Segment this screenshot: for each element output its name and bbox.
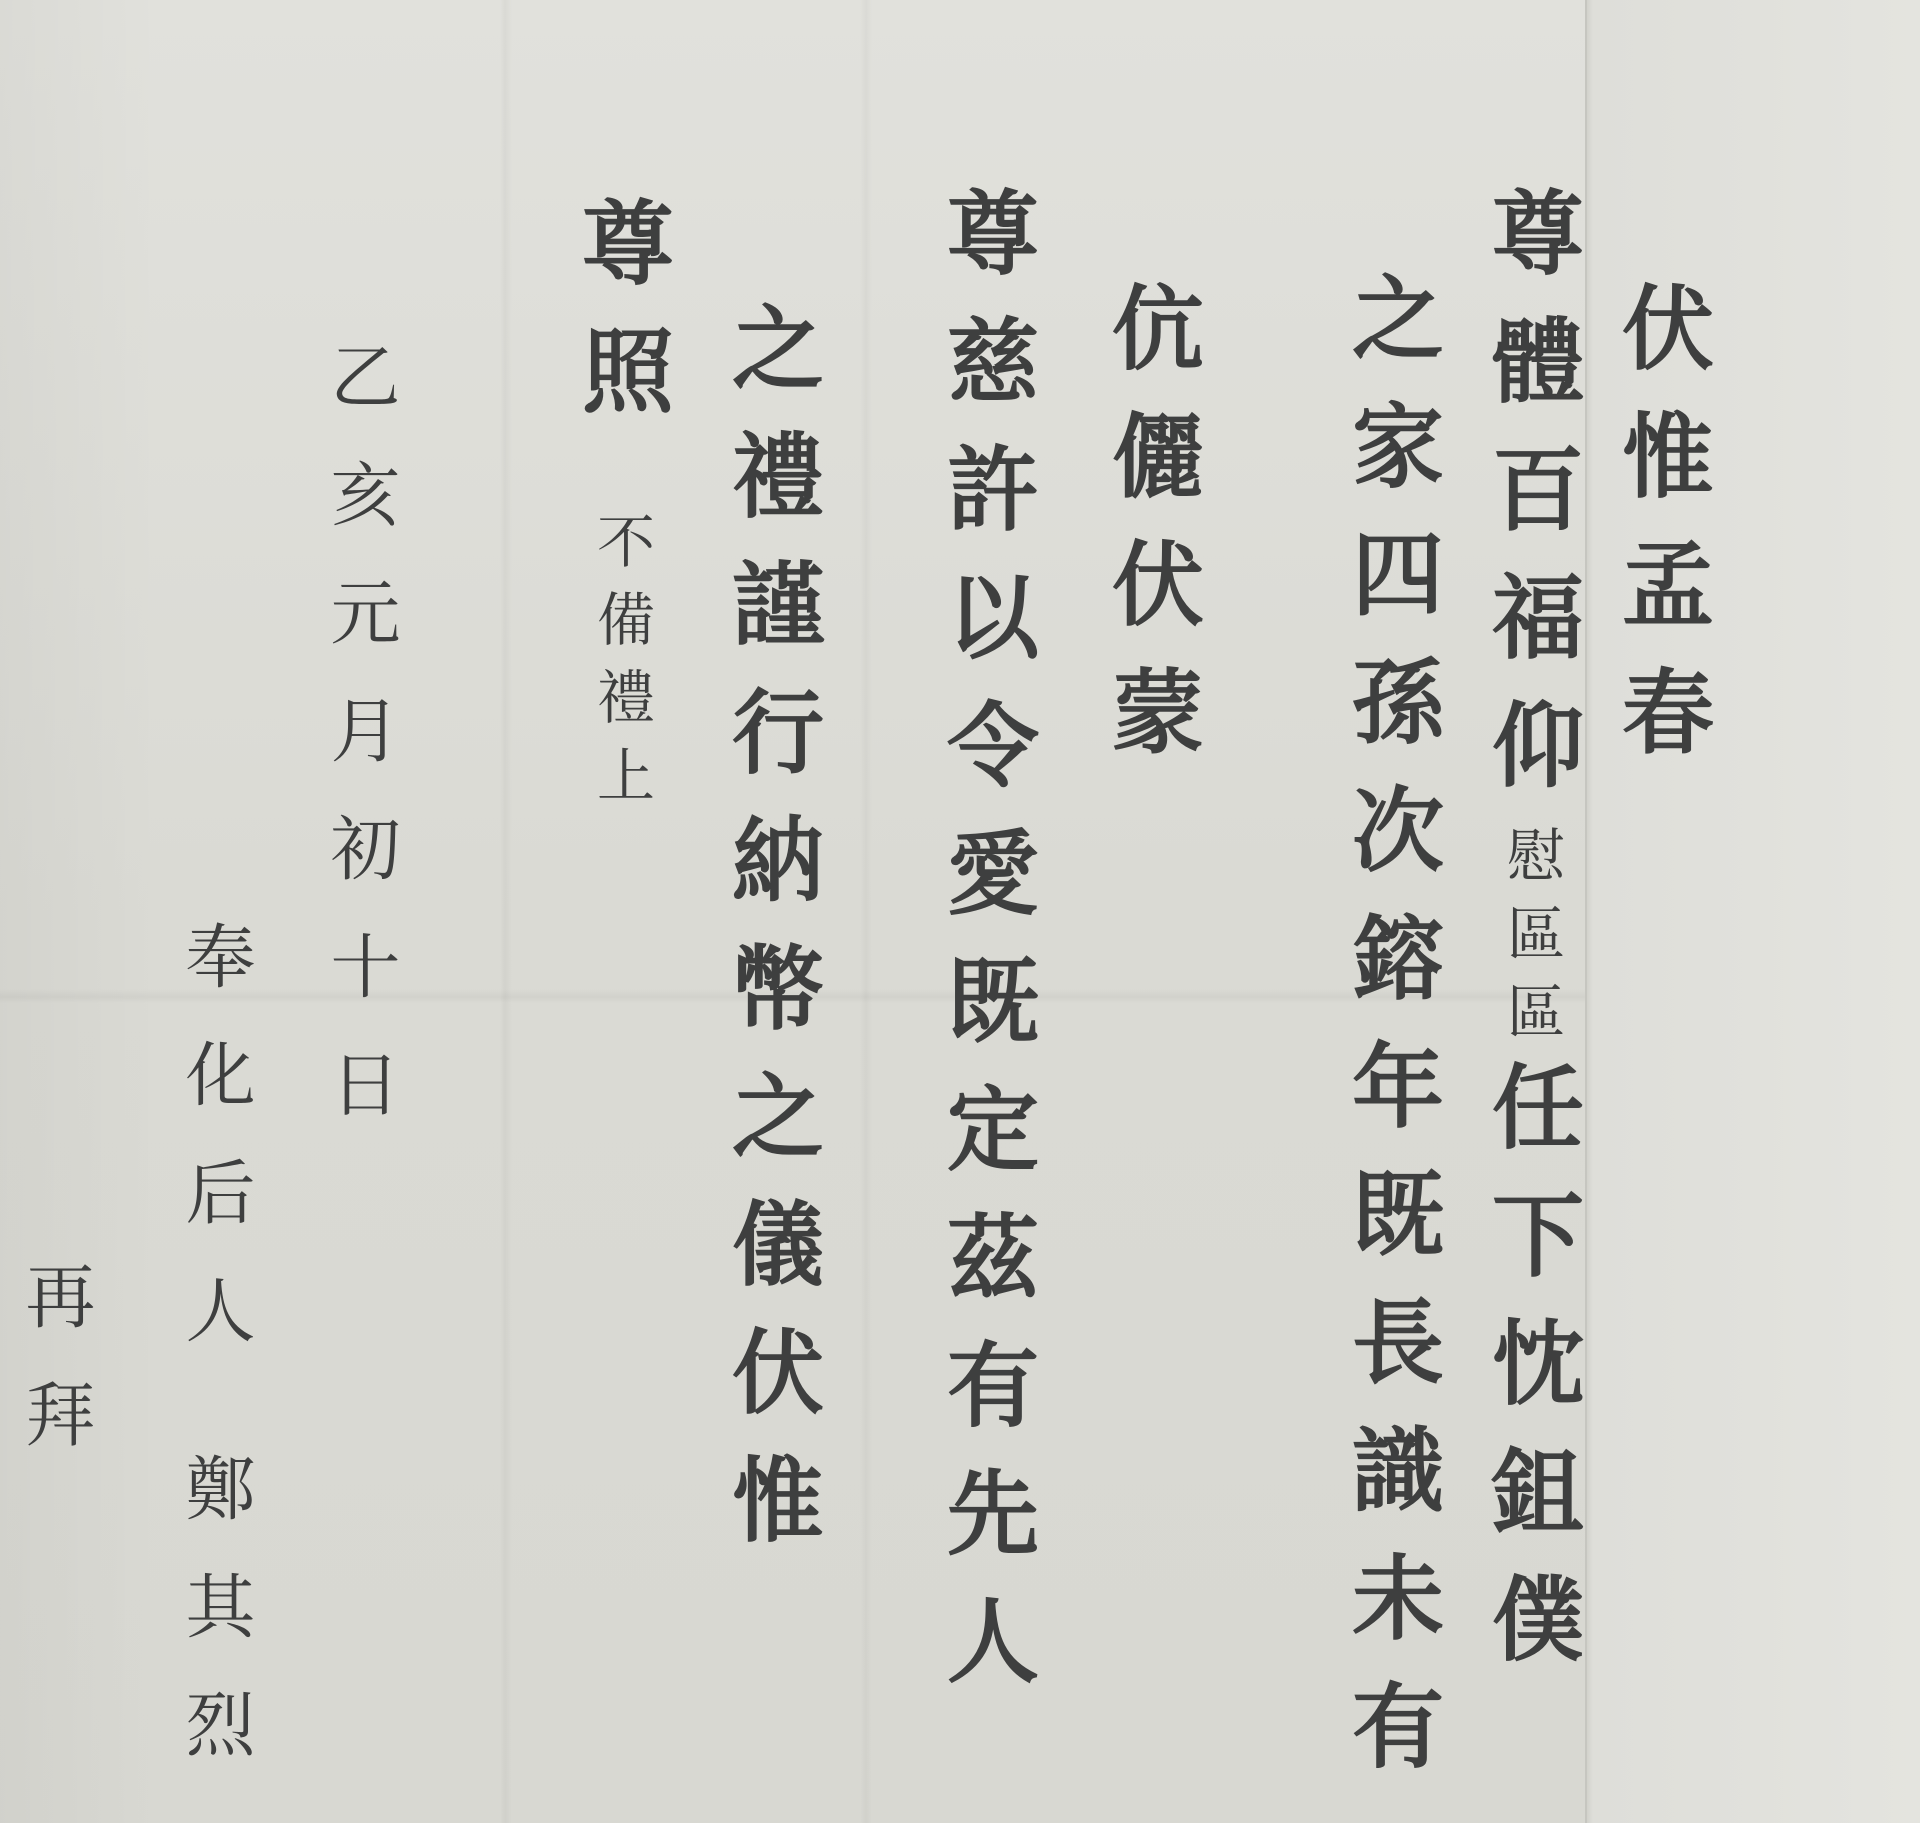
column-text: 納幣之儀伏惟 <box>717 812 825 1580</box>
column-small-text: 慰區區 <box>1497 825 1565 1059</box>
column-text: 任下忱鉏僕 <box>1477 1059 1585 1699</box>
letter-column-1: 伏惟孟春 <box>1615 280 1707 792</box>
signature-column: 奉化后人鄭其烈 <box>180 920 250 1806</box>
letter-column-7: 尊照不備禮上 <box>575 195 667 823</box>
column-text: 之家四孫次鎔年既長識未有 <box>1337 270 1445 1806</box>
column-text: 尊慈許以令愛既定茲有先人 <box>932 185 1040 1721</box>
letter-column-6: 之禮謹行納幣之儀伏惟 <box>725 300 817 1580</box>
date-column: 乙亥元月初十日 <box>325 340 395 1166</box>
column-text: 尊照 <box>567 195 675 451</box>
column-text: 伏惟孟春 <box>1607 280 1715 792</box>
column-text: 之禮謹行 <box>717 300 825 812</box>
column-small-text: 禮上 <box>587 667 655 823</box>
letter-column-3: 之家四孫次鎔年既長識未有 <box>1345 270 1437 1806</box>
letter-column-4: 伉儷伏蒙 <box>1105 280 1197 792</box>
column-text: 尊體百福仰 <box>1477 185 1585 825</box>
origin-text: 奉化后人 <box>174 920 256 1392</box>
signer-name: 鄭其烈 <box>174 1452 256 1806</box>
letter-column-5: 尊慈許以令愛既定茲有先人 <box>940 185 1032 1721</box>
letter-column-2: 尊體百福仰慰區區任下忱鉏僕 <box>1485 185 1577 1699</box>
date-text: 乙亥元月初十日 <box>319 340 401 1166</box>
column-text: 伉儷伏蒙 <box>1097 280 1205 792</box>
closing-column: 再拜 <box>20 1260 90 1496</box>
closing-text: 再拜 <box>14 1260 96 1496</box>
column-small-text: 不備 <box>587 511 655 667</box>
paper-edge <box>1585 0 1920 1823</box>
